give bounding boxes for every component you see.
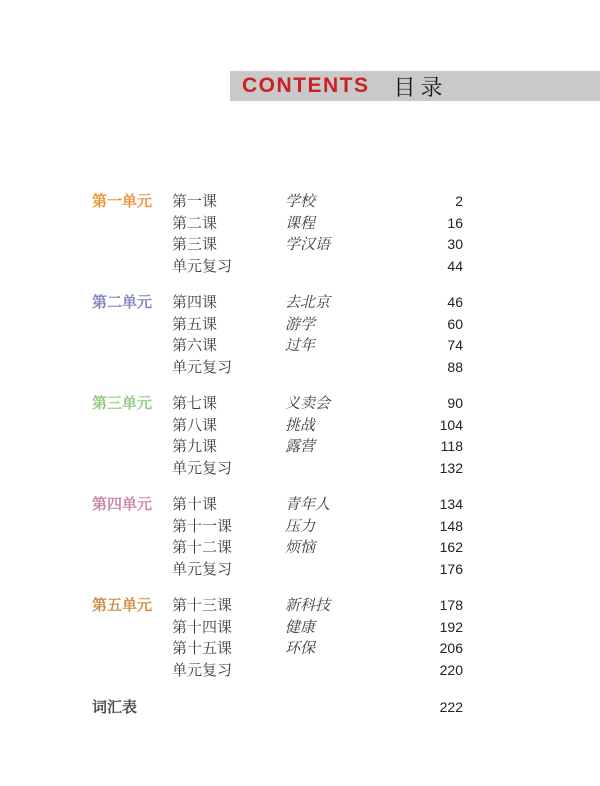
- toc-row: 单元复习 88: [92, 357, 463, 379]
- lesson-name: 第十课: [172, 495, 285, 517]
- unit-title: 第四单元: [92, 494, 172, 516]
- toc-row: 第六课 过年 74: [92, 335, 463, 357]
- unit-title: 第一单元: [92, 191, 172, 213]
- toc-row: 单元复习 132: [92, 458, 463, 480]
- toc-row: 第十五课 环保 206: [92, 638, 463, 660]
- lesson-name: 第九课: [172, 437, 285, 459]
- lesson-name: 第十三课: [172, 596, 285, 618]
- lesson-topic: 过年: [285, 336, 410, 358]
- toc-row: 第八课 挑战 104: [92, 415, 463, 437]
- toc-row: 第十一课 压力 148: [92, 516, 463, 538]
- contents-title-en: CONTENTS: [242, 74, 370, 98]
- lesson-topic: 游学: [285, 315, 410, 337]
- page-number: 132: [410, 458, 463, 480]
- toc-row: 单元复习 220: [92, 660, 463, 682]
- toc-row: 第四单元 第十课 青年人 134: [92, 494, 463, 516]
- header-bar: CONTENTS 目录: [230, 71, 600, 101]
- page-number: 2: [410, 191, 463, 213]
- toc-row: 第三单元 第七课 义卖会 90: [92, 393, 463, 415]
- page-number: 178: [410, 595, 463, 617]
- lesson-name: 第八课: [172, 416, 285, 438]
- lesson-topic: 学汉语: [285, 235, 410, 257]
- lesson-topic: 学校: [285, 192, 410, 214]
- page-number: 16: [410, 213, 463, 235]
- toc-page: CONTENTS 目录 第一单元 第一课 学校 2 第二课 课程 16 第三课 …: [0, 0, 600, 786]
- unit-block-2: 第二单元 第四课 去北京 46 第五课 游学 60 第六课 过年 74 单元复习: [92, 292, 463, 378]
- toc-row: 第一单元 第一课 学校 2: [92, 191, 463, 213]
- page-number: 222: [410, 697, 463, 719]
- page-number: 44: [410, 256, 463, 278]
- page-number: 206: [410, 638, 463, 660]
- vocabulary-label: 词汇表: [92, 697, 410, 719]
- lesson-name: 第五课: [172, 315, 285, 337]
- unit-block-3: 第三单元 第七课 义卖会 90 第八课 挑战 104 第九课 露营 118 单元…: [92, 393, 463, 479]
- lesson-name: 第三课: [172, 235, 285, 257]
- page-number: 176: [410, 559, 463, 581]
- toc-row: 第十四课 健康 192: [92, 617, 463, 639]
- page-number: 104: [410, 415, 463, 437]
- toc-row: 第九课 露营 118: [92, 436, 463, 458]
- toc-row: 第五单元 第十三课 新科技 178: [92, 595, 463, 617]
- lesson-topic: 青年人: [285, 495, 410, 517]
- unit-review-label: 单元复习: [172, 661, 285, 683]
- unit-title: 第三单元: [92, 393, 172, 415]
- page-number: 88: [410, 357, 463, 379]
- toc-row: 第三课 学汉语 30: [92, 234, 463, 256]
- toc-row: 第二课 课程 16: [92, 213, 463, 235]
- lesson-topic: 课程: [285, 214, 410, 236]
- lesson-topic: 健康: [285, 618, 410, 640]
- lesson-topic: 压力: [285, 517, 410, 539]
- vocabulary-row: 词汇表 222: [92, 697, 463, 719]
- page-number: 134: [410, 494, 463, 516]
- page-number: 220: [410, 660, 463, 682]
- unit-title: 第五单元: [92, 595, 172, 617]
- toc-row: 单元复习 44: [92, 256, 463, 278]
- toc-row: 单元复习 176: [92, 559, 463, 581]
- page-number: 118: [410, 436, 463, 458]
- lesson-name: 第十四课: [172, 618, 285, 640]
- page-number: 30: [410, 234, 463, 256]
- unit-title: 第二单元: [92, 292, 172, 314]
- page-number: 148: [410, 516, 463, 538]
- lesson-name: 第四课: [172, 293, 285, 315]
- lesson-name: 第一课: [172, 192, 285, 214]
- toc-row: 第五课 游学 60: [92, 314, 463, 336]
- page-number: 162: [410, 537, 463, 559]
- lesson-topic: 去北京: [285, 293, 410, 315]
- unit-review-label: 单元复习: [172, 358, 285, 380]
- lesson-name: 第二课: [172, 214, 285, 236]
- lesson-name: 第十一课: [172, 517, 285, 539]
- toc-row: 第十二课 烦恼 162: [92, 537, 463, 559]
- page-number: 90: [410, 393, 463, 415]
- unit-review-label: 单元复习: [172, 560, 285, 582]
- unit-block-5: 第五单元 第十三课 新科技 178 第十四课 健康 192 第十五课 环保 20…: [92, 595, 463, 681]
- unit-review-label: 单元复习: [172, 257, 285, 279]
- unit-block-4: 第四单元 第十课 青年人 134 第十一课 压力 148 第十二课 烦恼 162…: [92, 494, 463, 580]
- lesson-topic: 环保: [285, 639, 410, 661]
- contents-title-zh: 目录: [394, 71, 448, 102]
- lesson-name: 第十二课: [172, 538, 285, 560]
- lesson-topic: 露营: [285, 437, 410, 459]
- page-number: 192: [410, 617, 463, 639]
- table-of-contents: 第一单元 第一课 学校 2 第二课 课程 16 第三课 学汉语 30 单元复习: [92, 191, 463, 719]
- unit-block-1: 第一单元 第一课 学校 2 第二课 课程 16 第三课 学汉语 30 单元复习: [92, 191, 463, 277]
- page-number: 60: [410, 314, 463, 336]
- lesson-name: 第十五课: [172, 639, 285, 661]
- lesson-name: 第六课: [172, 336, 285, 358]
- lesson-topic: 义卖会: [285, 394, 410, 416]
- lesson-topic: 烦恼: [285, 538, 410, 560]
- lesson-topic: 挑战: [285, 416, 410, 438]
- lesson-name: 第七课: [172, 394, 285, 416]
- unit-review-label: 单元复习: [172, 459, 285, 481]
- toc-row: 第二单元 第四课 去北京 46: [92, 292, 463, 314]
- page-number: 74: [410, 335, 463, 357]
- lesson-topic: 新科技: [285, 596, 410, 618]
- page-number: 46: [410, 292, 463, 314]
